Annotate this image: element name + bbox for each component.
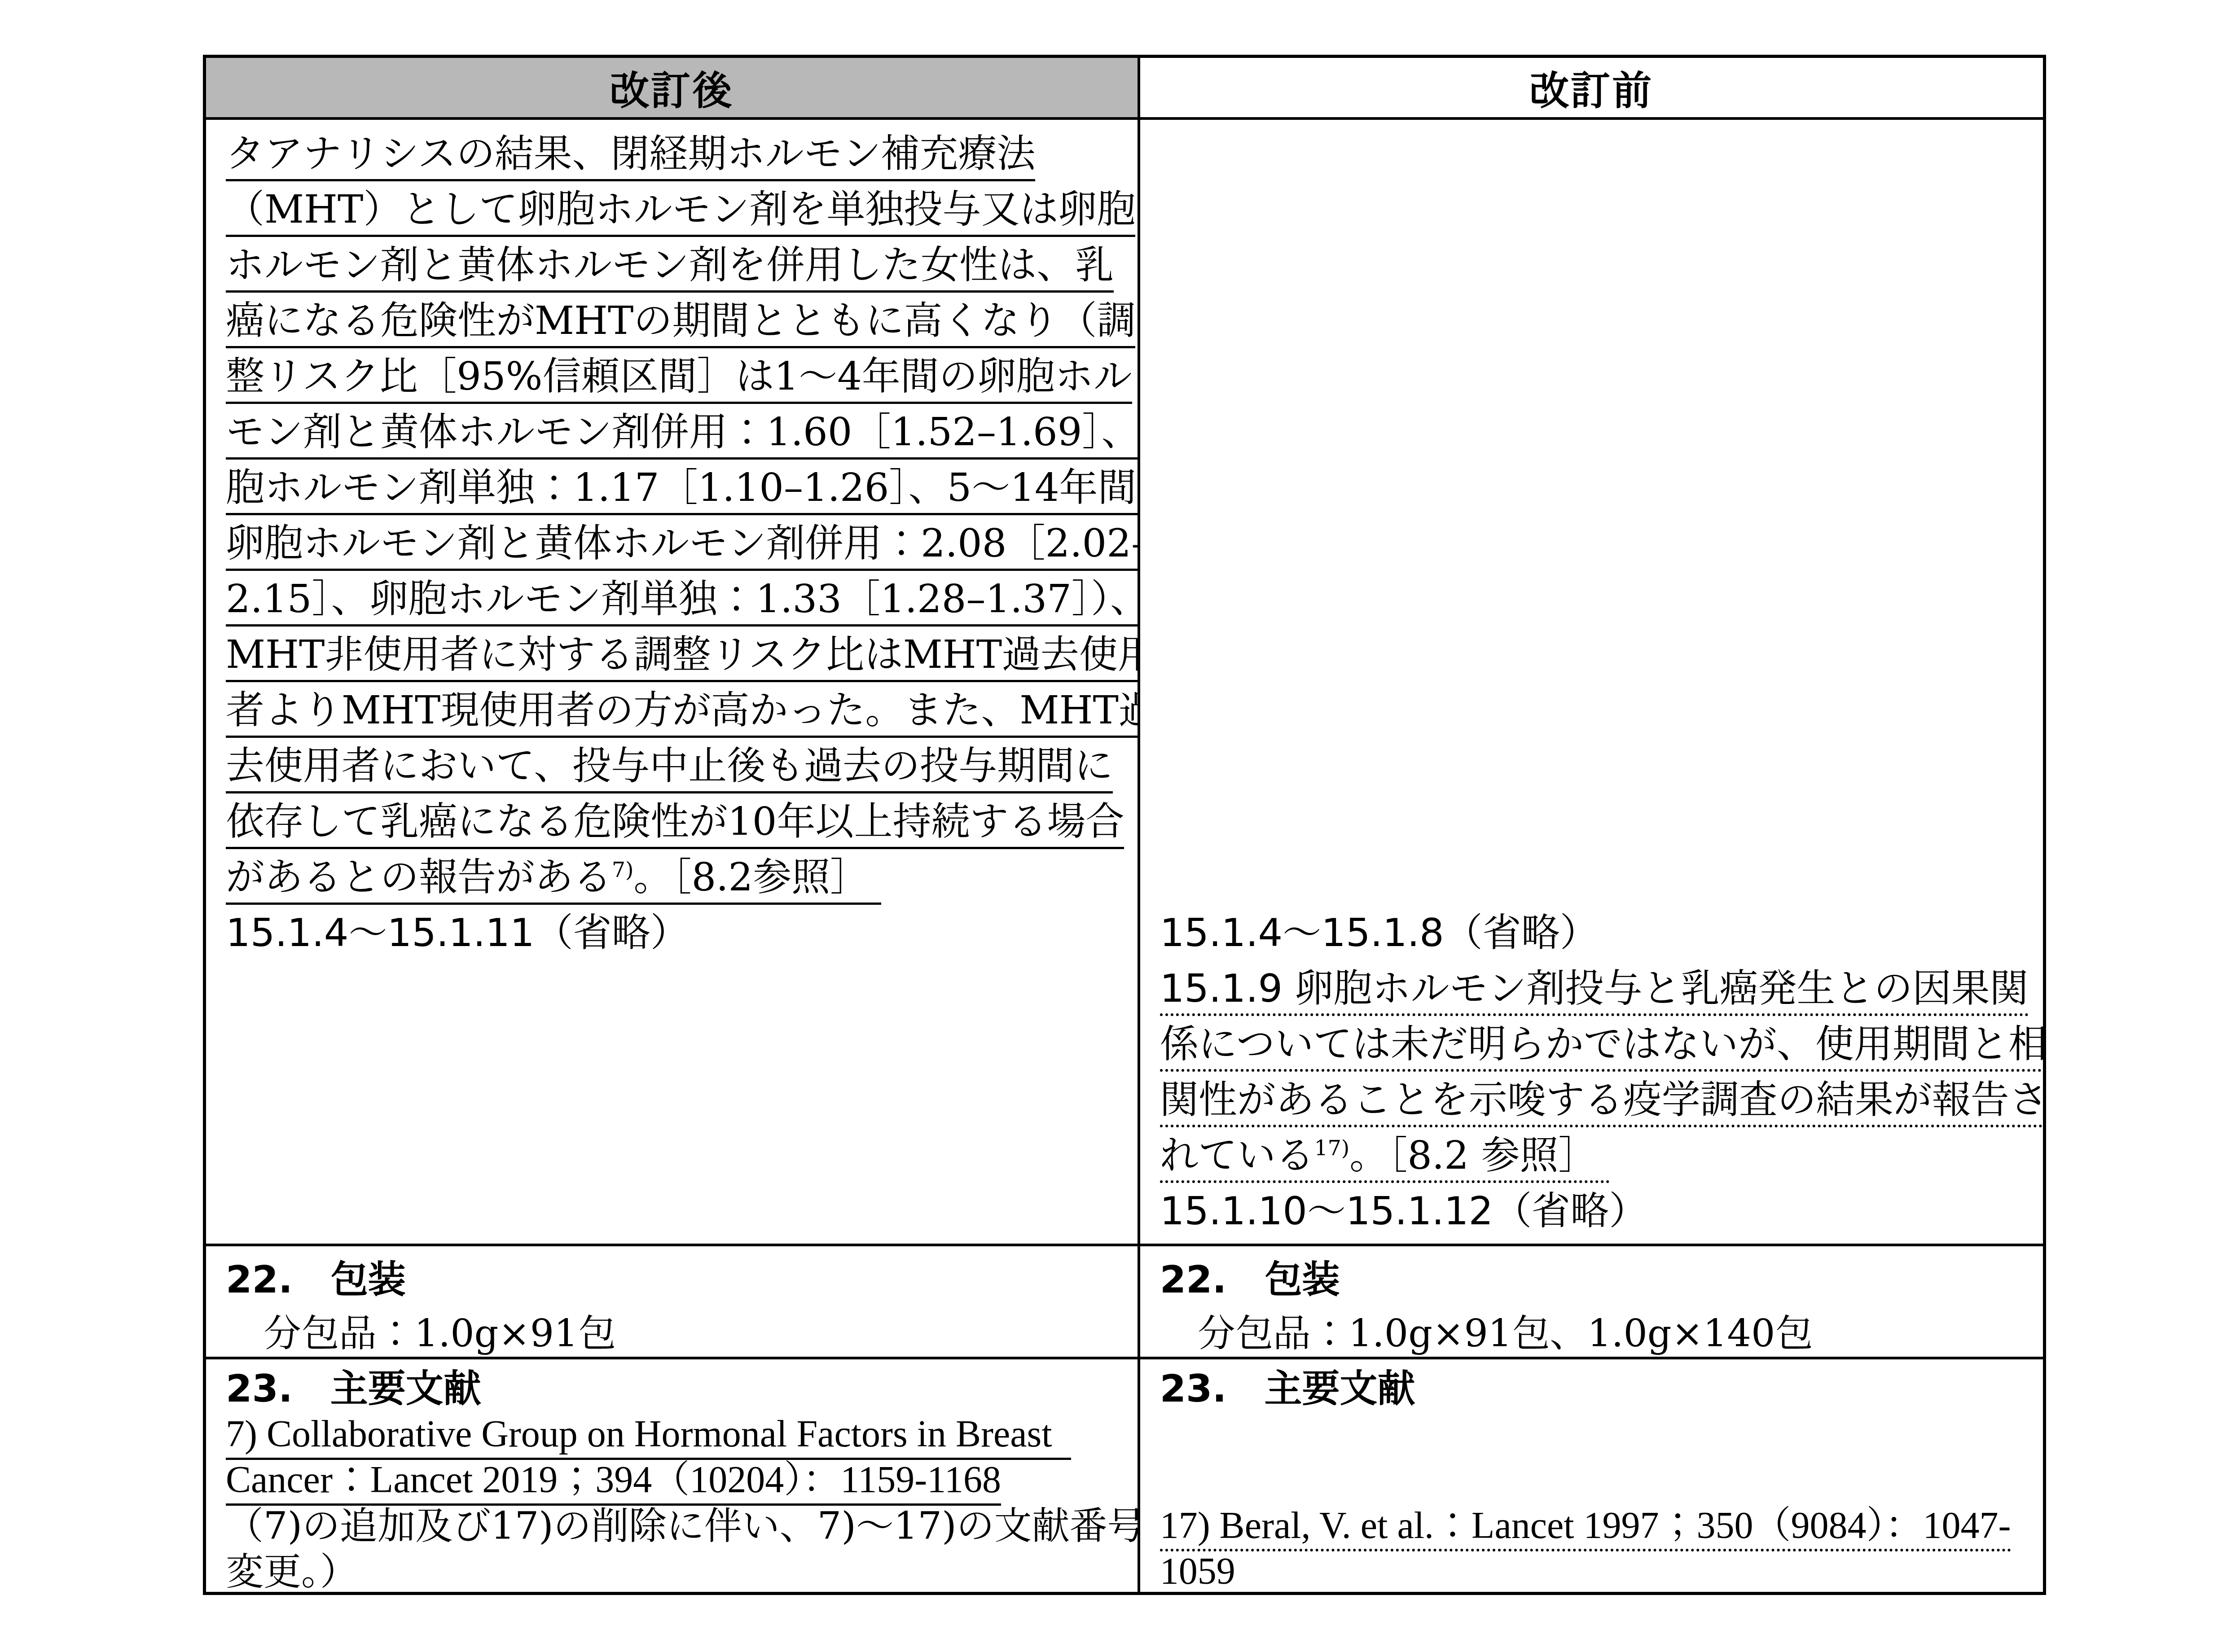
text-segment: 者よりMHT現使用者の方が高かった。また、MHT過: [226, 688, 1138, 733]
revision-comparison-table: 改訂後 改訂前 タアナリシスの結果、閉経期ホルモン補充療法（MHT）として卵胞ホ…: [203, 55, 2046, 1595]
text-segment: 17) Beral, V. et al.：Lancet 1997；350（908…: [1160, 1505, 2011, 1547]
text-line: タアナリシスの結果、閉経期ホルモン補充療法: [226, 126, 1118, 182]
text-line: 分包品：1.0g×91包: [226, 1306, 1118, 1357]
text-line: 2.15］、卵胞ホルモン剤単独：1.33［1.28–1.37］）、: [226, 571, 1118, 627]
header-cell-before: 改訂前: [1138, 58, 2043, 117]
text-line: [1160, 1457, 2023, 1503]
text-line: 変更。）: [226, 1549, 1118, 1592]
header-label-after: 改訂後: [610, 59, 734, 116]
text-line: 1059: [1160, 1549, 2023, 1592]
text-line: 7) Collaborative Group on Hormonal Facto…: [226, 1411, 1118, 1457]
table-row-section-22: 22. 包装 分包品：1.0g×91包22. 包装 分包品：1.0g×91包、1…: [206, 1244, 2043, 1357]
text-line: Cancer：Lancet 2019；394（10204）：1159-1168: [226, 1457, 1118, 1503]
text-line: ホルモン剤と黄体ホルモン剤を併用した女性は、乳: [226, 237, 1118, 293]
text-line: 者よりMHT現使用者の方が高かった。また、MHT過: [226, 683, 1118, 738]
text-line: 係については未だ明らかではないが、使用期間と相: [1160, 1017, 2023, 1072]
text-line: 去使用者において、投与中止後も過去の投与期間に: [226, 738, 1118, 794]
text-segment: 。［8.2 参照］: [1349, 1133, 1609, 1178]
text-segment: 22. 包装: [226, 1258, 406, 1301]
text-segment: 15.1.4～15.1.11（省略）: [226, 911, 689, 955]
text-segment: 15.1.4～15.1.8（省略）: [1160, 911, 1599, 955]
text-segment: （MHT）として卵胞ホルモン剤を単独投与又は卵胞: [226, 187, 1135, 232]
text-segment: 分包品：1.0g×91包: [1160, 1311, 1550, 1355]
blank-spacer: [1160, 126, 2023, 905]
text-line: 15.1.10～15.1.12（省略）: [1160, 1183, 2023, 1239]
table-body: タアナリシスの結果、閉経期ホルモン補充療法（MHT）として卵胞ホルモン剤を単独投…: [206, 117, 2043, 1592]
header-label-before: 改訂前: [1529, 59, 1653, 116]
text-segment: 卵胞ホルモン剤投与と乳癌発生との因果関: [1295, 966, 2029, 1011]
text-line: 関性があることを示唆する疫学調査の結果が報告さ: [1160, 1072, 2023, 1128]
text-line: [1160, 1411, 2023, 1457]
text-segment: ホルモン剤と黄体ホルモン剤を併用した女性は、乳: [226, 243, 1114, 288]
text-segment: 変更。）: [226, 1550, 358, 1592]
text-segment: 依存して乳癌になる危険性が10年以上持続する場合: [226, 799, 1124, 844]
text-segment: があるとの報告がある: [226, 855, 612, 900]
text-line: （7)の追加及び17)の削除に伴い、7)～17)の文献番号: [226, 1503, 1118, 1549]
text-line: 分包品：1.0g×91包、1.0g×140包: [1160, 1306, 2023, 1357]
text-segment: 7) Collaborative Group on Hormonal Facto…: [226, 1413, 1071, 1455]
text-line: 23. 主要文献: [1160, 1366, 2023, 1411]
cell-section-23-after: 23. 主要文献7) Collaborative Group on Hormon…: [206, 1359, 1138, 1592]
text-segment: （7)の追加及び17)の削除に伴い、7)～17)の文献番号: [226, 1504, 1138, 1548]
text-line: 22. 包装: [1160, 1253, 2023, 1306]
text-line: 23. 主要文献: [226, 1366, 1118, 1411]
text-line: 胞ホルモン剤単独：1.17［1.10–1.26］、5～14年間の: [226, 460, 1118, 516]
text-line: 整リスク比［95%信頼区間］は1～4年間の卵胞ホル: [226, 349, 1118, 404]
text-line: 15.1.4～15.1.8（省略）: [1160, 905, 2023, 961]
text-line: MHT非使用者に対する調整リスク比はMHT過去使用: [226, 627, 1118, 683]
text-line: 15.1.9 卵胞ホルモン剤投与と乳癌発生との因果関: [1160, 961, 2023, 1017]
reference-superscript: 17): [1314, 1136, 1350, 1161]
text-segment: 15.1.9: [1160, 966, 1295, 1011]
cell-section-15-before: 15.1.4～15.1.8（省略）15.1.9 卵胞ホルモン剤投与と乳癌発生との…: [1138, 120, 2043, 1244]
text-line: 卵胞ホルモン剤と黄体ホルモン剤併用：2.08［2.02–: [226, 516, 1118, 571]
text-segment: MHT非使用者に対する調整リスク比はMHT過去使用: [226, 632, 1138, 677]
text-segment: 。［8.2参照］: [634, 855, 881, 900]
text-line: があるとの報告がある7)。［8.2参照］: [226, 850, 1118, 905]
text-segment: 整リスク比［95%信頼区間］は1～4年間の卵胞ホル: [226, 354, 1132, 399]
text-line: 17) Beral, V. et al.：Lancet 1997；350（908…: [1160, 1503, 2023, 1549]
text-line: 15.1.4～15.1.11（省略）: [226, 905, 1118, 961]
text-segment: 係については未だ明らかではないが、使用期間と相: [1160, 1022, 2043, 1067]
text-segment: 胞ホルモン剤単独：1.17［1.10–1.26］、5～14年間の: [226, 465, 1138, 510]
cell-section-22-after: 22. 包装 分包品：1.0g×91包: [206, 1246, 1138, 1357]
text-line: モン剤と黄体ホルモン剤併用：1.60［1.52–1.69］、卵: [226, 404, 1118, 460]
text-segment: 、1.0g×140包: [1550, 1311, 1813, 1357]
text-segment: 1059: [1160, 1551, 1254, 1592]
text-line: 癌になる危険性がMHTの期間とともに高くなり（調: [226, 293, 1118, 349]
table-row-section-15: タアナリシスの結果、閉経期ホルモン補充療法（MHT）として卵胞ホルモン剤を単独投…: [206, 117, 2043, 1244]
reference-superscript: 7): [612, 858, 634, 882]
text-segment: 癌になる危険性がMHTの期間とともに高くなり（調: [226, 298, 1135, 343]
text-segment: タアナリシスの結果、閉経期ホルモン補充療法: [226, 131, 1035, 176]
text-segment: 去使用者において、投与中止後も過去の投与期間に: [226, 744, 1113, 789]
cell-section-15-after: タアナリシスの結果、閉経期ホルモン補充療法（MHT）として卵胞ホルモン剤を単独投…: [206, 120, 1138, 1244]
text-line: 22. 包装: [226, 1253, 1118, 1306]
text-segment: 2.15］、卵胞ホルモン剤単独：1.33［1.28–1.37］）、: [226, 577, 1138, 622]
text-segment: 分包品：1.0g×91包: [226, 1311, 616, 1355]
text-line: 依存して乳癌になる危険性が10年以上持続する場合: [226, 794, 1118, 850]
text-line: れている17)。［8.2 参照］: [1160, 1128, 2023, 1183]
text-segment: 関性があることを示唆する疫学調査の結果が報告さ: [1160, 1078, 2043, 1122]
text-segment: 22. 包装: [1160, 1258, 1340, 1301]
text-segment: モン剤と黄体ホルモン剤併用：1.60［1.52–1.69］、卵: [226, 410, 1138, 455]
text-segment: Cancer：Lancet 2019；394（10204）：1159-1168: [226, 1459, 1001, 1501]
table-header-row: 改訂後 改訂前: [206, 58, 2043, 117]
cell-section-23-before: 23. 主要文献17) Beral, V. et al.：Lancet 1997…: [1138, 1359, 2043, 1592]
cell-section-22-before: 22. 包装 分包品：1.0g×91包、1.0g×140包: [1138, 1246, 2043, 1357]
text-segment: れている: [1160, 1133, 1314, 1178]
text-segment: 卵胞ホルモン剤と黄体ホルモン剤併用：2.08［2.02–: [226, 521, 1138, 566]
table-row-section-23: 23. 主要文献7) Collaborative Group on Hormon…: [206, 1357, 2043, 1592]
header-cell-after: 改訂後: [206, 58, 1138, 117]
text-segment: 23. 主要文献: [226, 1367, 481, 1411]
text-segment: 23. 主要文献: [1160, 1367, 1415, 1411]
text-segment: 15.1.10～15.1.12（省略）: [1160, 1189, 1648, 1234]
text-line: （MHT）として卵胞ホルモン剤を単独投与又は卵胞: [226, 182, 1118, 237]
